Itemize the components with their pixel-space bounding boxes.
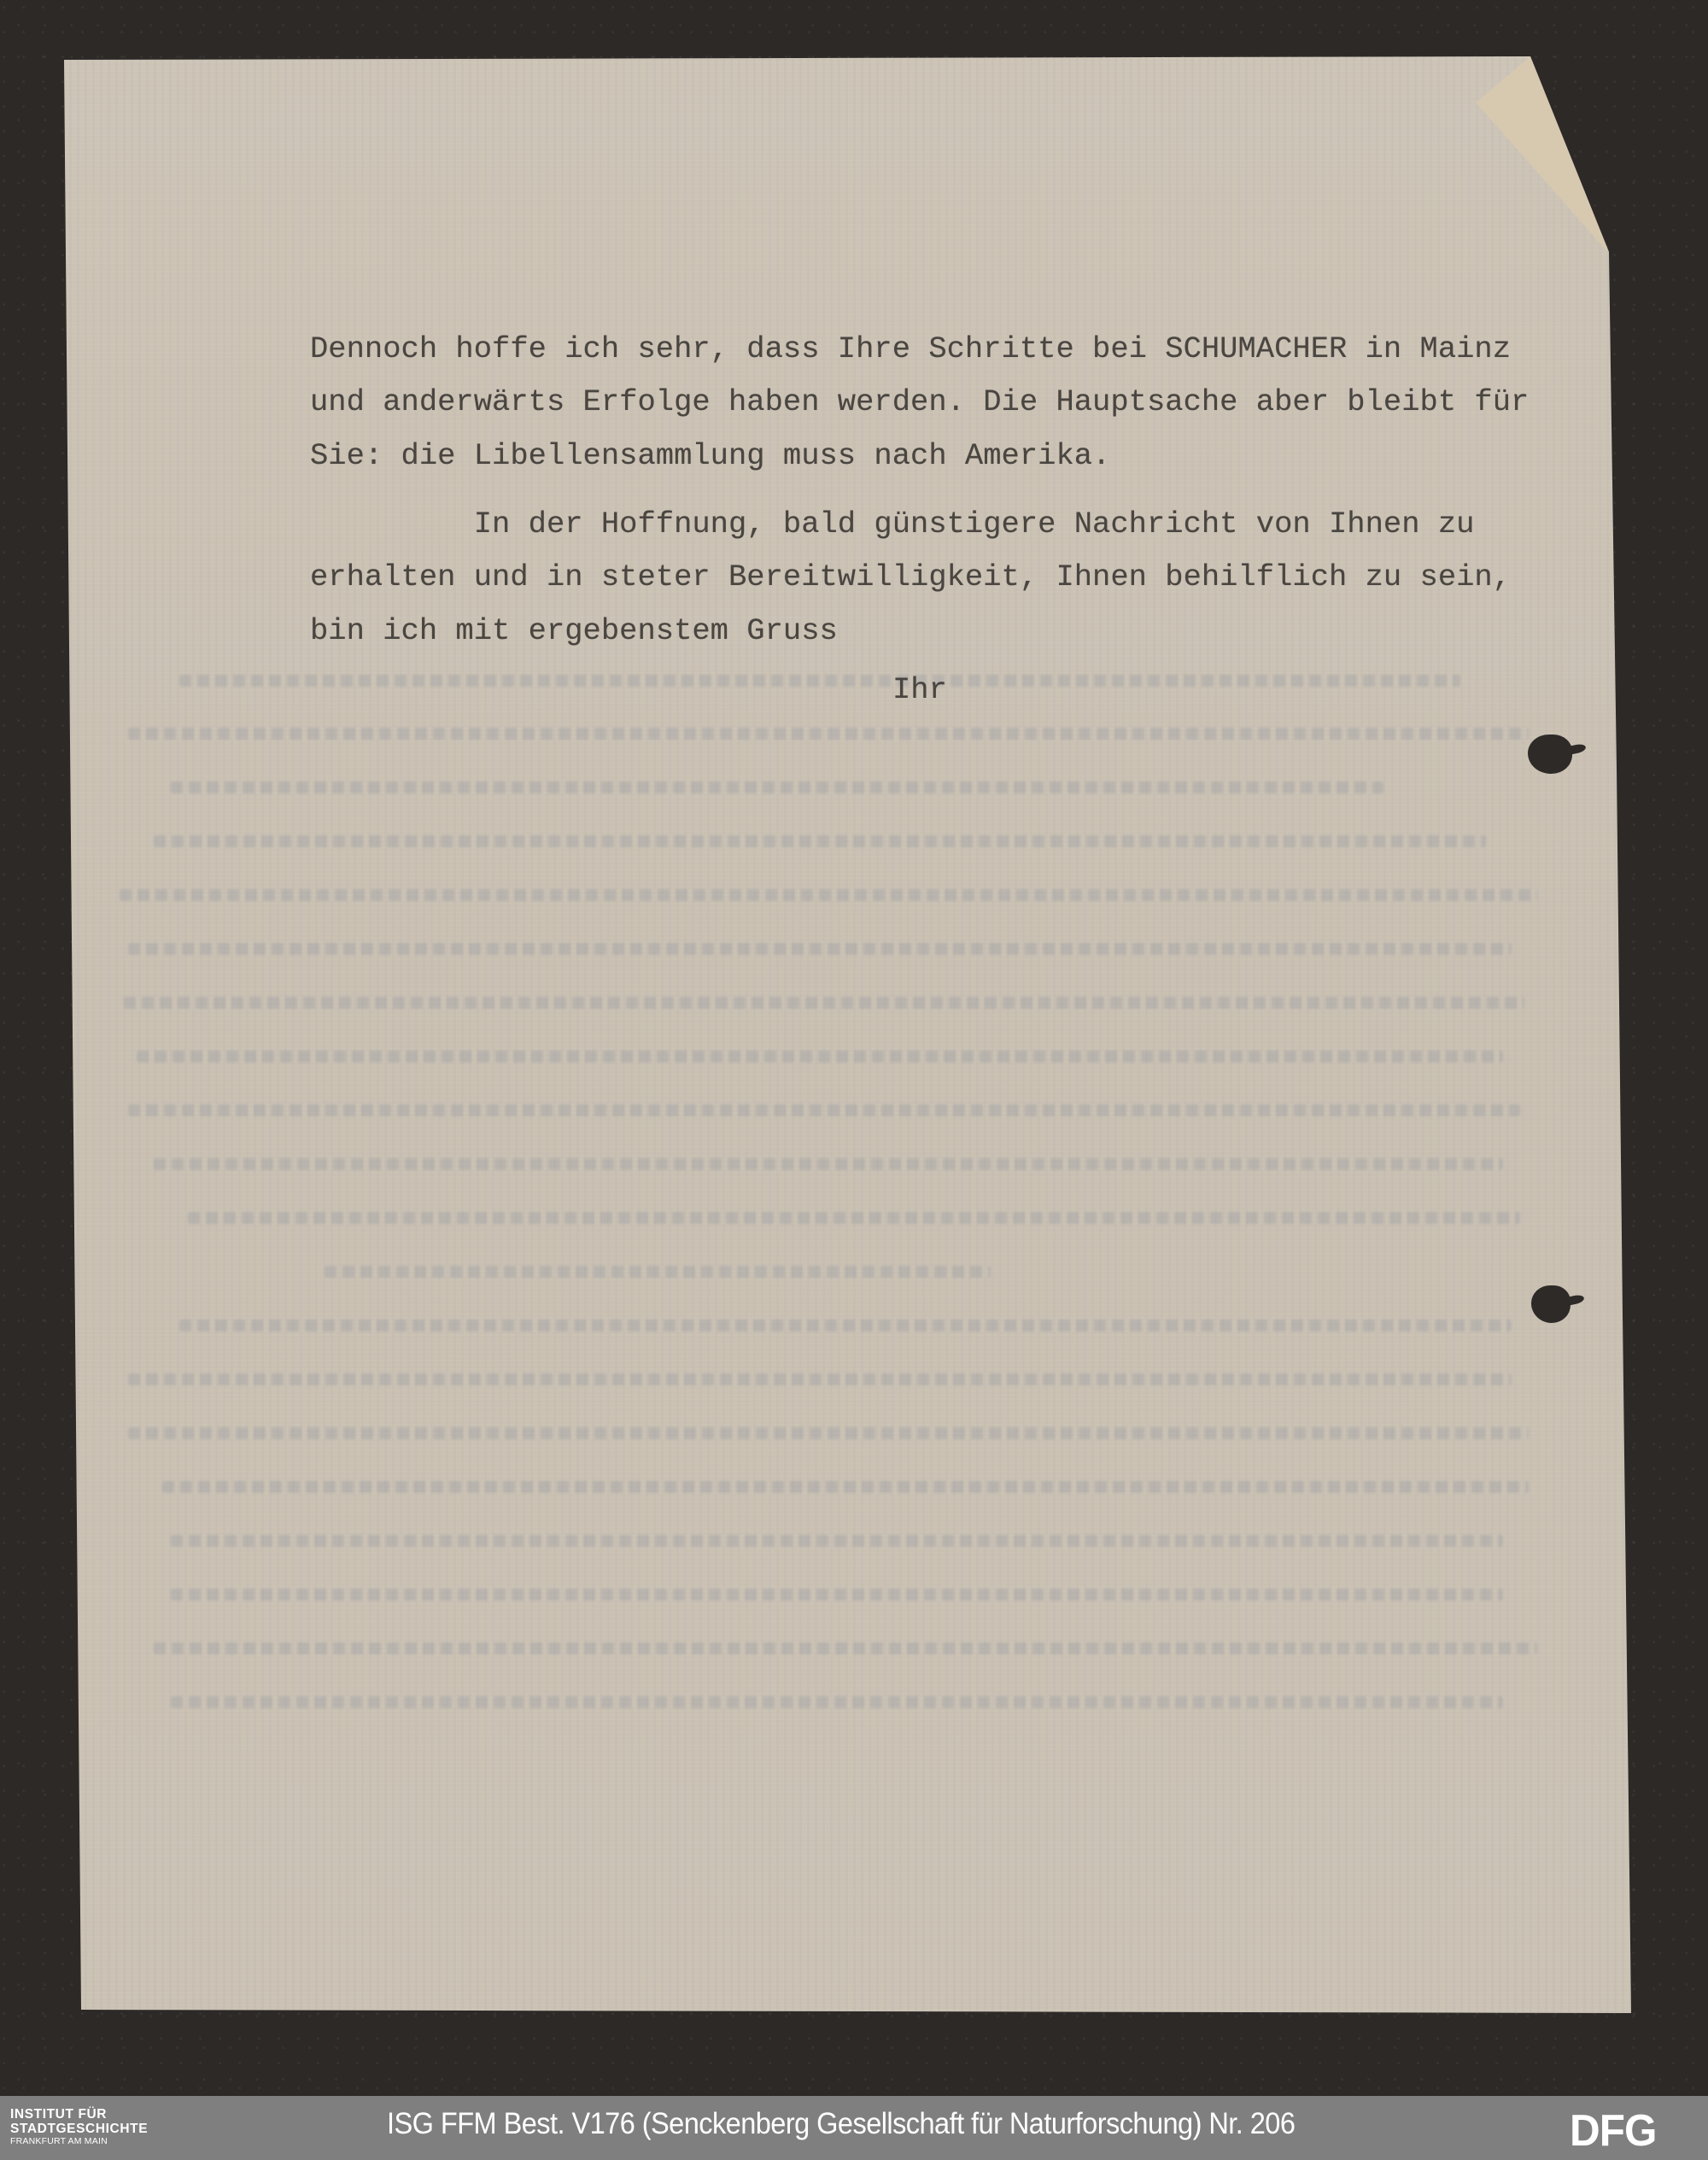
bleed-line xyxy=(179,675,1460,687)
bleed-line xyxy=(128,1104,1520,1116)
bleed-line xyxy=(137,1051,1503,1062)
institution-city: FRANKFURT AM MAIN xyxy=(10,2137,148,2146)
bleed-line xyxy=(128,1373,1512,1385)
punch-hole-icon xyxy=(1528,735,1572,774)
bleed-line xyxy=(188,1212,1520,1224)
institution-name-line1: INSTITUT FÜR xyxy=(10,2108,148,2122)
bleed-line xyxy=(128,943,1512,955)
letter-closing: Ihr xyxy=(892,675,947,705)
bleed-line xyxy=(154,1642,1537,1654)
archive-signature-caption: ISG FFM Best. V176 (Senckenberg Gesellsc… xyxy=(387,2109,1295,2139)
bleed-line xyxy=(325,1266,991,1278)
punch-hole-icon xyxy=(1531,1285,1571,1323)
bleed-line xyxy=(124,997,1524,1009)
letter-line-1: Dennoch hoffe ich sehr, dass Ihre Schrit… xyxy=(310,334,1511,365)
letter-line-4: In der Hoffnung, bald günstigere Nachric… xyxy=(310,509,1474,540)
bleed-line xyxy=(179,1320,1512,1332)
institution-name-line2: STADTGESCHICHTE xyxy=(10,2122,148,2136)
bleed-line xyxy=(171,1589,1503,1601)
letter-line-6: bin ich mit ergebenstem Gruss xyxy=(310,616,838,647)
bleed-line xyxy=(120,889,1537,901)
bleed-line xyxy=(128,728,1529,740)
bleed-line xyxy=(162,1481,1529,1493)
bleed-line xyxy=(171,781,1383,793)
letter-line-5: erhalten und in steter Bereitwilligkeit,… xyxy=(310,562,1511,593)
dfg-logo-icon: DFG xyxy=(1570,2109,1656,2153)
archive-footer: INSTITUT FÜR STADTGESCHICHTE FRANKFURT A… xyxy=(0,2096,1708,2160)
bleed-line xyxy=(171,1535,1503,1547)
paper-sheet xyxy=(0,0,1708,2096)
letter-line-2: und anderwärts Erfolge haben werden. Die… xyxy=(310,387,1529,418)
bleed-line xyxy=(171,1696,1503,1708)
bleed-line xyxy=(128,1427,1529,1439)
bleed-line xyxy=(154,835,1486,847)
letter-line-3: Sie: die Libellensammlung muss nach Amer… xyxy=(310,441,1110,471)
bleed-line xyxy=(154,1158,1503,1170)
institution-logo: INSTITUT FÜR STADTGESCHICHTE FRANKFURT A… xyxy=(10,2108,148,2146)
